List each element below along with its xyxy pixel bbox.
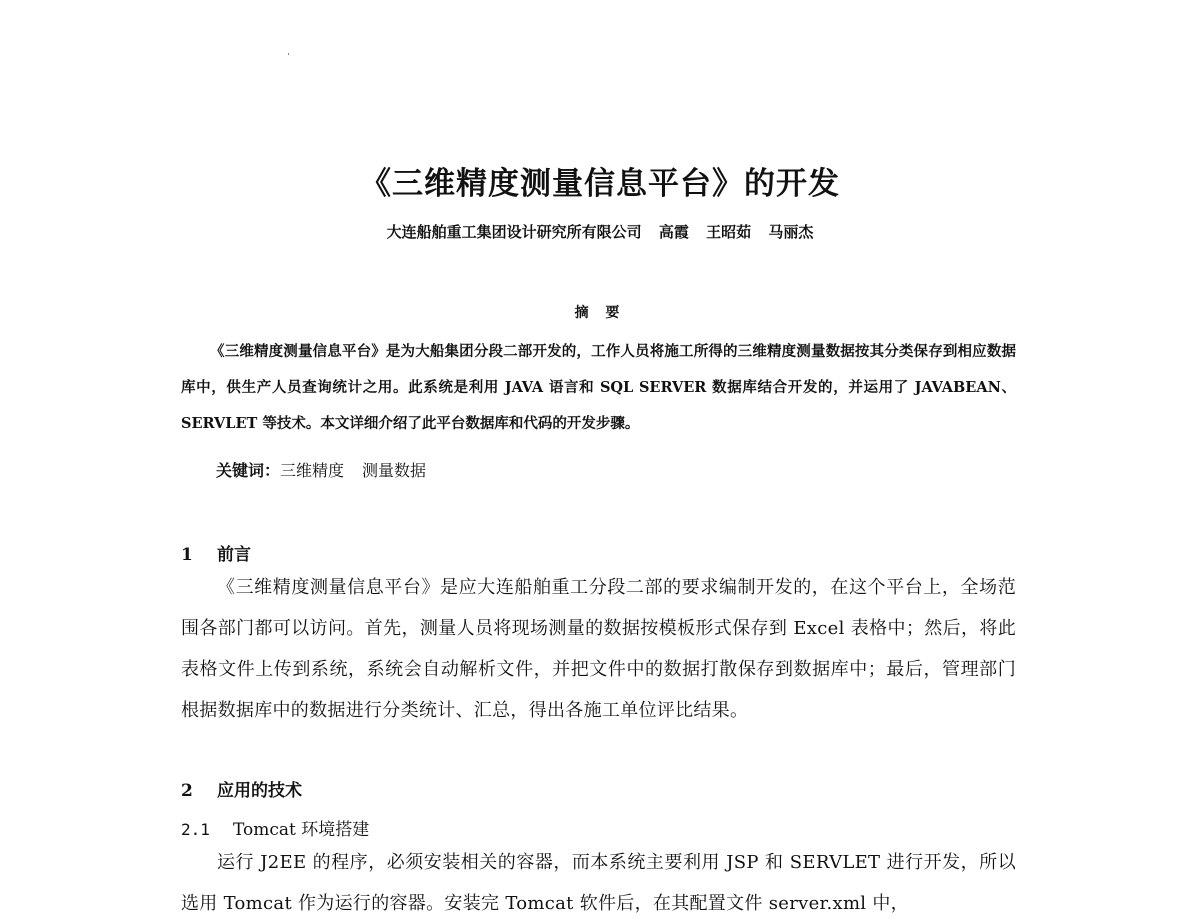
author-name: 马丽杰 [768,223,813,241]
subsection-title: Tomcat 环境搭建 [233,820,369,840]
subsection-2-1-paragraph: 运行 J2EE 的程序，必须安装相关的容器，而本系统主要利用 JSP 和 SER… [181,842,1016,920]
keywords-label: 关键词： [216,461,280,480]
keywords: 关键词：三维精度测量数据 [216,458,444,481]
section-title: 应用的技术 [217,781,302,801]
section-number: 1 [181,545,217,565]
author-name: 王昭茹 [706,223,751,241]
scan-speck [288,53,289,55]
section-title: 前言 [217,545,251,565]
keyword: 三维精度 [280,461,344,480]
section-1-paragraph: 《三维精度测量信息平台》是应大连船舶重工分段二部的要求编制开发的，在这个平台上，… [181,567,1016,731]
abstract-text: 《三维精度测量信息平台》是为大船集团分段二部开发的，工作人员将施工所得的三维精度… [181,334,1016,442]
section-number: 2 [181,781,217,801]
section-heading-2: 2应用的技术 [181,776,302,801]
subsection-heading-2-1: 2.1Tomcat 环境搭建 [181,815,369,840]
abstract-heading: 摘 要 [0,302,1200,322]
affiliation: 大连船舶重工集团设计研究所有限公司 [387,223,642,241]
subsection-number: 2.1 [181,820,233,839]
author-name: 高霞 [659,223,689,241]
keyword: 测量数据 [362,461,426,480]
section-heading-1: 1前言 [181,540,251,565]
paper-title: 《三维精度测量信息平台》的开发 [0,158,1200,203]
author-line: 大连船舶重工集团设计研究所有限公司 高霞 王昭茹 马丽杰 [0,221,1200,242]
